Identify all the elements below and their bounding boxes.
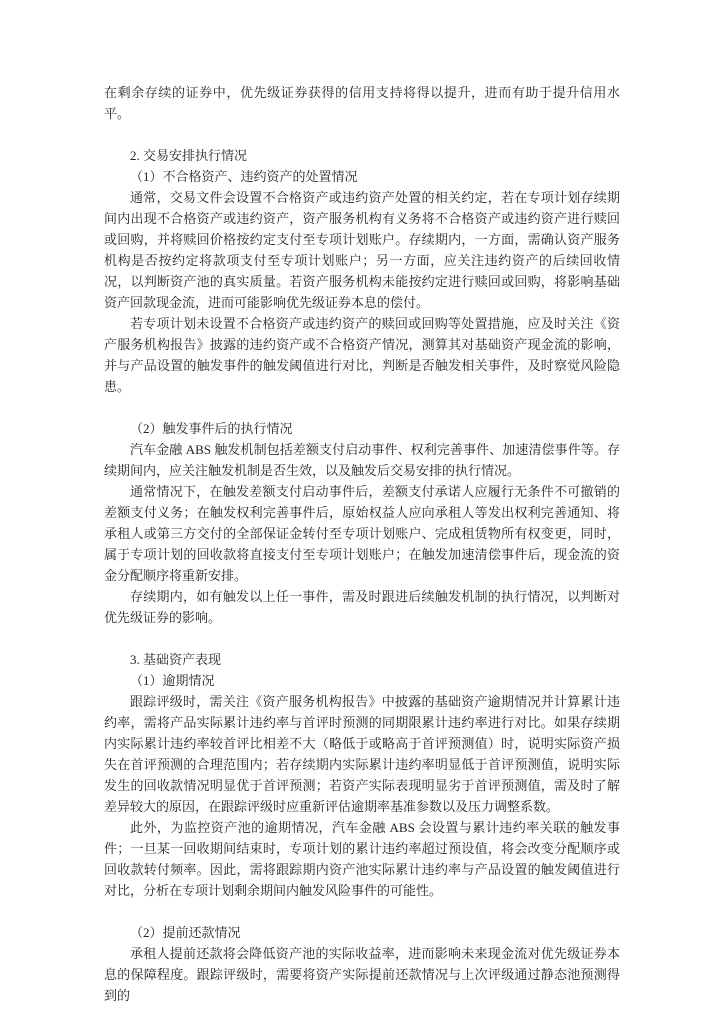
- section-heading-3: 3. 基础资产表现: [104, 649, 620, 670]
- paragraph: 若专项计划未设置不合格资产或违约资产的赎回或回购等处置措施，应及时关注《资产服务…: [104, 313, 620, 397]
- paragraph: 通常情况下，在触发差额支付启动事件后，差额支付承诺人应履行无条件不可撤销的差额支…: [104, 481, 620, 586]
- subsection-heading-3-2: （2）提前还款情况: [104, 922, 620, 943]
- subsection-heading-2-2: （2）触发事件后的执行情况: [104, 418, 620, 439]
- document-page: 在剩余存续的证券中，优先级证券获得的信用支持将得以提升，进而有助于提升信用水平。…: [0, 0, 724, 1024]
- paragraph: 通常，交易文件会设置不合格资产或违约资产处置的相关约定，若在专项计划存续期间内出…: [104, 187, 620, 313]
- subsection-heading-3-1: （1）逾期情况: [104, 670, 620, 691]
- subsection-heading-2-1: （1）不合格资产、违约资产的处置情况: [104, 166, 620, 187]
- paragraph-continuation: 在剩余存续的证券中，优先级证券获得的信用支持将得以提升，进而有助于提升信用水平。: [104, 82, 620, 124]
- paragraph: 汽车金融 ABS 触发机制包括差额支付启动事件、权利完善事件、加速清偿事件等。存…: [104, 439, 620, 481]
- paragraph: 承租人提前还款将会降低资产池的实际收益率，进而影响未来现金流对优先级证券本息的保…: [104, 943, 620, 1006]
- document-body: 在剩余存续的证券中，优先级证券获得的信用支持将得以提升，进而有助于提升信用水平。…: [104, 82, 620, 1006]
- paragraph: 存续期内，如有触发以上任一事件，需及时跟进后续触发机制的执行情况，以判断对优先级…: [104, 586, 620, 628]
- paragraph: 跟踪评级时，需关注《资产服务机构报告》中披露的基础资产逾期情况并计算累计违约率，…: [104, 691, 620, 817]
- paragraph: 此外，为监控资产池的逾期情况，汽车金融 ABS 会设置与累计违约率关联的触发事件…: [104, 817, 620, 901]
- section-heading-2: 2. 交易安排执行情况: [104, 145, 620, 166]
